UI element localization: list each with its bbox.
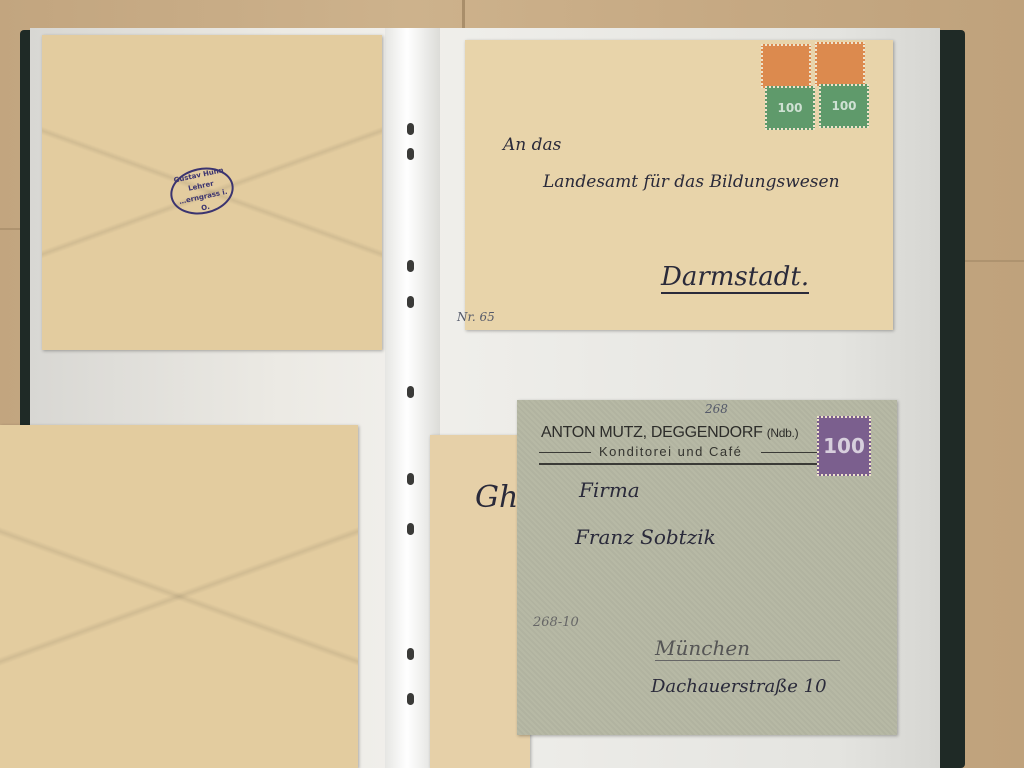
address-street: Dachauerstraße 10 [651, 676, 827, 697]
address-line: 268-10 [533, 615, 579, 630]
postage-stamp-100-mark: 100 [817, 416, 871, 476]
binder-hole [407, 123, 414, 135]
letterhead-subtitle: Konditorei und Café [599, 444, 742, 459]
cover-darmstadt: An das Landesamt für das Bildungswesen D… [465, 40, 893, 330]
postage-stamp-100: 100 [765, 86, 815, 130]
address-line: An das [503, 135, 561, 155]
binder-hole [407, 296, 414, 308]
address-line: Franz Sobtzik [575, 525, 716, 549]
address-city: München [655, 636, 840, 661]
letterhead-rule [539, 452, 591, 453]
postage-stamp-posthorn [815, 42, 865, 86]
letterhead-region: (Ndb.) [767, 426, 799, 440]
address-line: Landesamt für das Bildungswesen [543, 172, 840, 192]
binder-hole [407, 148, 414, 160]
address-city: Darmstadt. [661, 262, 809, 294]
binder-hole [407, 693, 414, 705]
pencil-number: 268 [705, 402, 728, 416]
letterhead-rule [761, 452, 817, 453]
envelope-partial-behind: Gh… [430, 435, 530, 768]
binder-hole [407, 523, 414, 535]
letterhead-rule [539, 463, 819, 465]
envelope-back-bottom-left [0, 425, 358, 768]
binder-hole [407, 386, 414, 398]
binder-hole [407, 260, 414, 272]
letterhead-name: ANTON MUTZ, DEGGENDORF [541, 424, 763, 441]
binder-hole [407, 473, 414, 485]
binder-hole [407, 648, 414, 660]
postage-stamp-100: 100 [819, 84, 869, 128]
postage-stamp-posthorn [761, 44, 811, 88]
pencil-note: Nr. 65 [457, 310, 495, 324]
envelope-flap [0, 425, 358, 768]
address-line: Firma [579, 478, 640, 502]
letterhead: ANTON MUTZ, DEGGENDORF (Ndb.) [541, 424, 798, 442]
cover-anton-mutz: 268 ANTON MUTZ, DEGGENDORF (Ndb.) Kondit… [517, 400, 897, 735]
